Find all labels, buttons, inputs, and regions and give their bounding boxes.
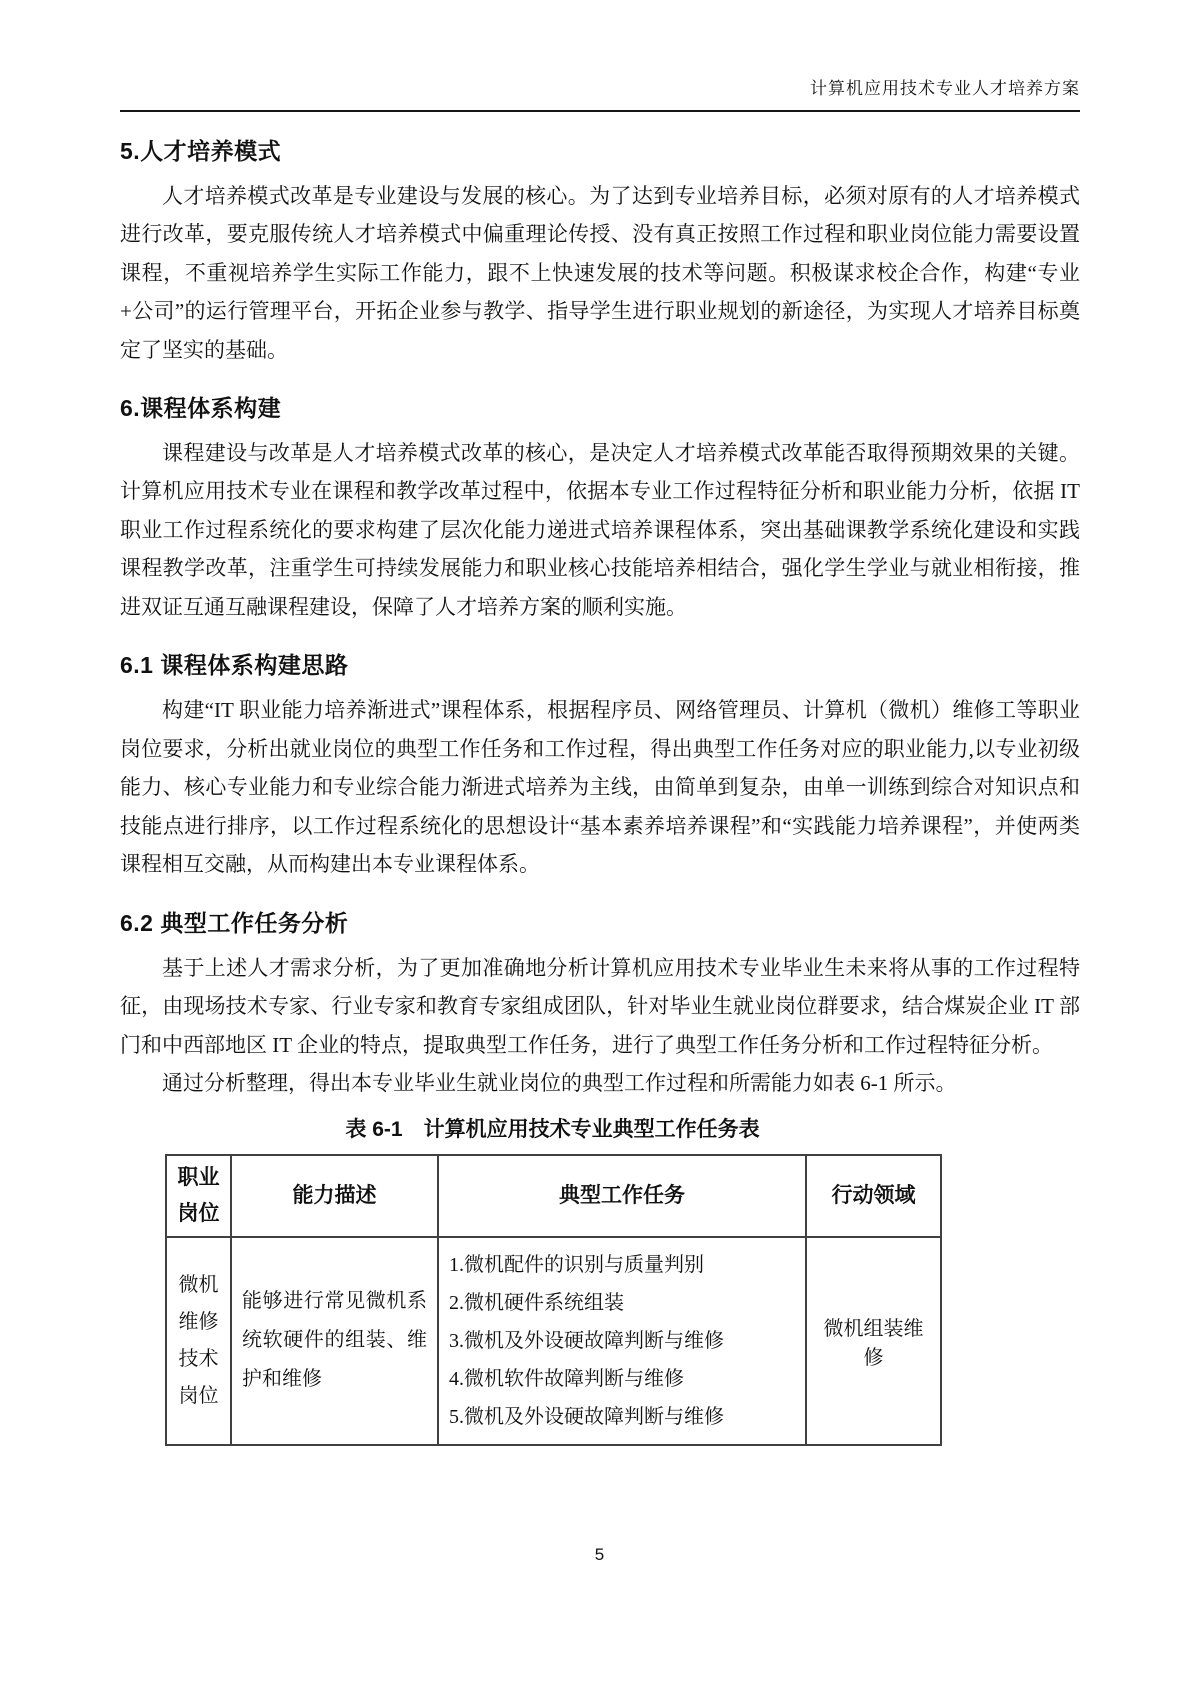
task-item: 3.微机及外设硬故障判断与维修: [449, 1322, 795, 1360]
table-row: 微机维修技术岗位 能够进行常见微机系统软硬件的组装、维护和维修 1.微机配件的识…: [166, 1237, 941, 1445]
column-header-action-domain: 行动领域: [806, 1155, 941, 1236]
section-5: 5.人才培养模式 人才培养模式改革是专业建设与发展的核心。为了达到专业培养目标，…: [120, 137, 1080, 369]
page-header-title: 计算机应用技术专业人才培养方案: [120, 80, 1080, 112]
section-6: 6.课程体系构建 课程建设与改革是人才培养模式改革的核心，是决定人才培养模式改革…: [120, 394, 1080, 626]
section-6-1-paragraph: 构建“IT 职业能力培养渐进式”课程体系，根据程序员、网络管理员、计算机（微机）…: [120, 691, 1080, 884]
document-page: 计算机应用技术专业人才培养方案 5.人才培养模式 人才培养模式改革是专业建设与发…: [0, 0, 1199, 1696]
section-5-heading: 5.人才培养模式: [120, 137, 1080, 167]
task-item: 4.微机软件故障判断与维修: [449, 1360, 795, 1398]
page-number: 5: [0, 1545, 1199, 1565]
section-6-2-heading: 6.2 典型工作任务分析: [120, 909, 1080, 939]
table-caption: 表 6-1 计算机应用技术专业典型工作任务表: [165, 1113, 940, 1147]
column-header-typical-tasks: 典型工作任务: [438, 1155, 806, 1236]
section-5-paragraph: 人才培养模式改革是专业建设与发展的核心。为了达到专业培养目标，必须对原有的人才培…: [120, 177, 1080, 370]
table-header-row: 职业岗位 能力描述 典型工作任务 行动领域: [166, 1155, 941, 1236]
cell-typical-tasks: 1.微机配件的识别与质量判别 2.微机硬件系统组装 3.微机及外设硬故障判断与维…: [438, 1237, 806, 1445]
section-6-2-paragraph-1: 基于上述人才需求分析，为了更加准确地分析计算机应用技术专业毕业生未来将从事的工作…: [120, 949, 1080, 1065]
section-6-1-heading: 6.1 课程体系构建思路: [120, 651, 1080, 681]
section-6-paragraph: 课程建设与改革是人才培养模式改革的核心，是决定人才培养模式改革能否取得预期效果的…: [120, 434, 1080, 627]
cell-job-position: 微机维修技术岗位: [166, 1237, 231, 1445]
task-item: 2.微机硬件系统组装: [449, 1284, 795, 1322]
typical-work-task-table: 职业岗位 能力描述 典型工作任务 行动领域 微机维修技术岗位 能够进行常见微机系…: [165, 1154, 942, 1445]
section-6-heading: 6.课程体系构建: [120, 394, 1080, 424]
column-header-job-position: 职业岗位: [166, 1155, 231, 1236]
column-header-ability-description: 能力描述: [231, 1155, 438, 1236]
cell-action-domain: 微机组装维修: [806, 1237, 941, 1445]
task-item: 5.微机及外设硬故障判断与维修: [449, 1398, 795, 1436]
section-6-2-paragraph-2: 通过分析整理，得出本专业毕业生就业岗位的典型工作过程和所需能力如表 6-1 所示…: [120, 1064, 1080, 1103]
section-6-2: 6.2 典型工作任务分析 基于上述人才需求分析，为了更加准确地分析计算机应用技术…: [120, 909, 1080, 1103]
cell-ability-description: 能够进行常见微机系统软硬件的组装、维护和维修: [231, 1237, 438, 1445]
task-item: 1.微机配件的识别与质量判别: [449, 1246, 795, 1284]
section-6-1: 6.1 课程体系构建思路 构建“IT 职业能力培养渐进式”课程体系，根据程序员、…: [120, 651, 1080, 883]
